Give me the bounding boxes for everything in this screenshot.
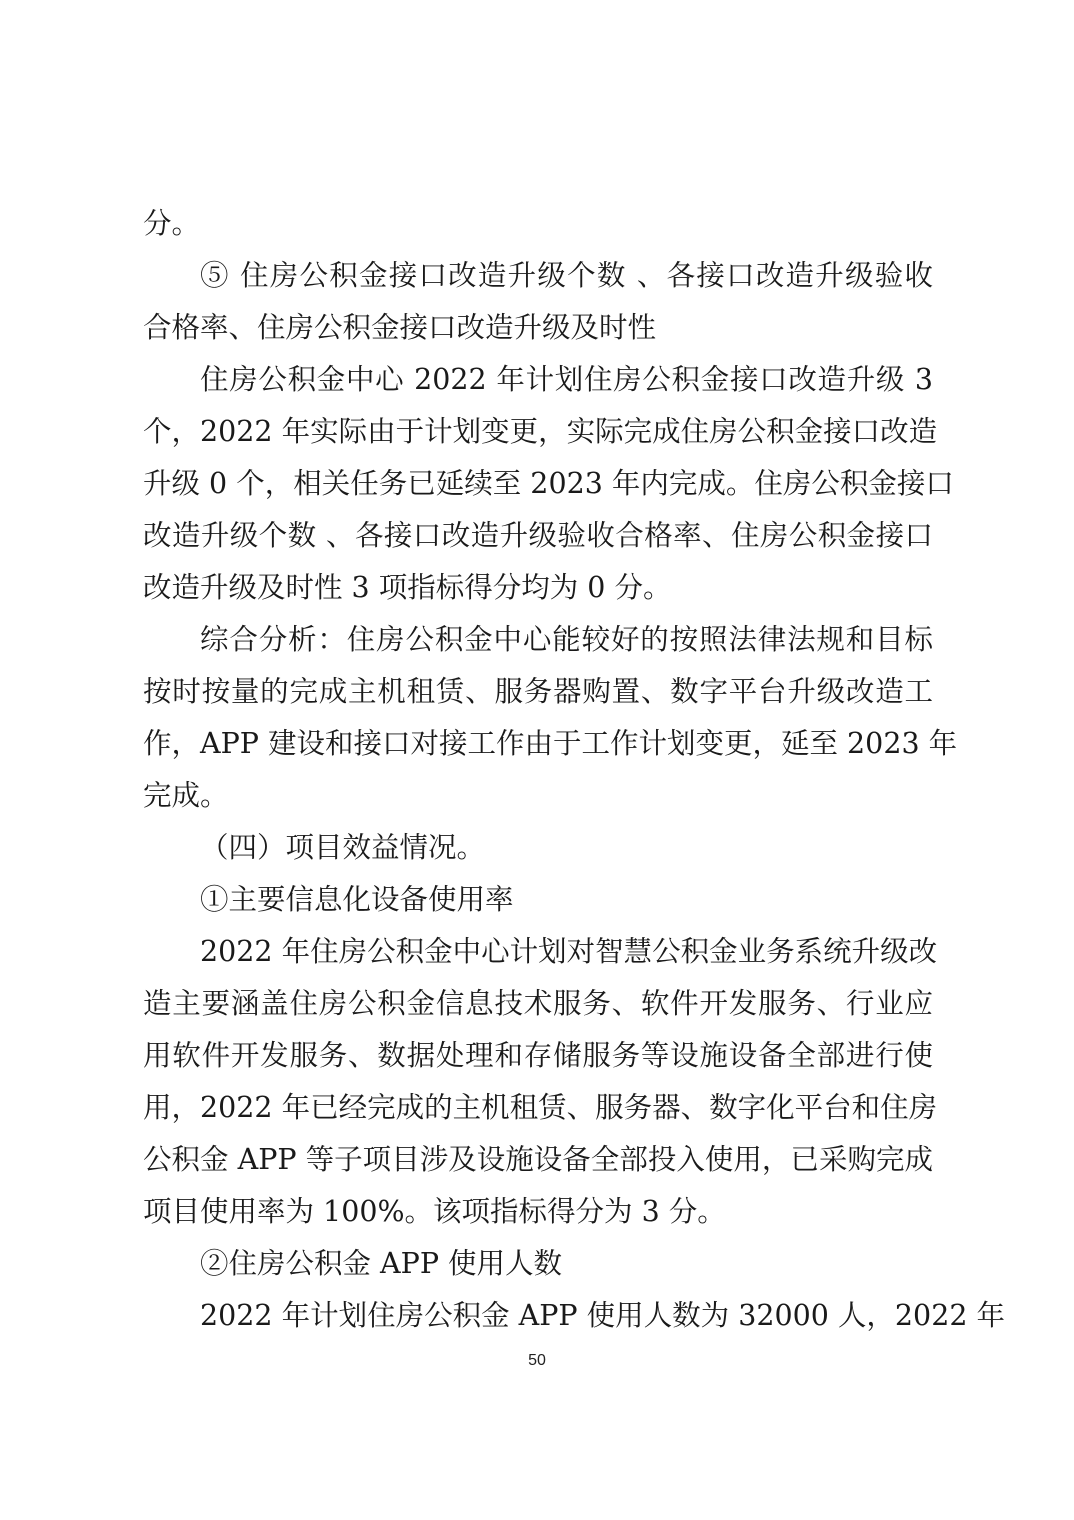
text-line: ①主要信息化设备使用率 bbox=[200, 880, 933, 920]
text-line: 2022 年住房公积金中心计划对智慧公积金业务系统升级改 bbox=[200, 932, 933, 972]
text-line: 住房公积金中心 2022 年计划住房公积金接口改造升级 3 bbox=[200, 360, 933, 400]
text-line: 按时按量的完成主机租赁、服务器购置、数字平台升级改造工 bbox=[143, 672, 933, 712]
text-line: 个，2022 年实际由于计划变更，实际完成住房公积金接口改造 bbox=[143, 412, 933, 452]
text-line: 综合分析：住房公积金中心能较好的按照法律法规和目标 bbox=[200, 620, 933, 660]
text-line: 2022 年计划住房公积金 APP 使用人数为 32000 人，2022 年 bbox=[200, 1296, 933, 1336]
page-number: 50 bbox=[0, 1352, 1074, 1370]
text-line: 用，2022 年已经完成的主机租赁、服务器、数字化平台和住房 bbox=[143, 1088, 933, 1128]
text-line: （四）项目效益情况。 bbox=[200, 828, 933, 868]
text-line: 分。 bbox=[143, 204, 933, 244]
text-line: 公积金 APP 等子项目涉及设施设备全部投入使用，已采购完成 bbox=[143, 1140, 933, 1180]
text-line: 改造升级及时性 3 项指标得分均为 0 分。 bbox=[143, 568, 933, 608]
text-line: 造主要涵盖住房公积金信息技术服务、软件开发服务、行业应 bbox=[143, 984, 933, 1024]
text-line: 完成。 bbox=[143, 776, 933, 816]
text-line: ⑤ 住房公积金接口改造升级个数 、各接口改造升级验收 bbox=[200, 256, 933, 296]
text-line: 项目使用率为 100%。该项指标得分为 3 分。 bbox=[143, 1192, 933, 1232]
text-line: 升级 0 个，相关任务已延续至 2023 年内完成。住房公积金接口 bbox=[143, 464, 933, 504]
text-line: 改造升级个数 、各接口改造升级验收合格率、住房公积金接口 bbox=[143, 516, 933, 556]
text-line: 合格率、住房公积金接口改造升级及时性 bbox=[143, 308, 933, 348]
text-line: 作，APP 建设和接口对接工作由于工作计划变更，延至 2023 年 bbox=[143, 724, 933, 764]
text-line: ②住房公积金 APP 使用人数 bbox=[200, 1244, 933, 1284]
document-page: 分。⑤ 住房公积金接口改造升级个数 、各接口改造升级验收合格率、住房公积金接口改… bbox=[0, 0, 1074, 1520]
text-line: 用软件开发服务、数据处理和存储服务等设施设备全部进行使 bbox=[143, 1036, 933, 1076]
